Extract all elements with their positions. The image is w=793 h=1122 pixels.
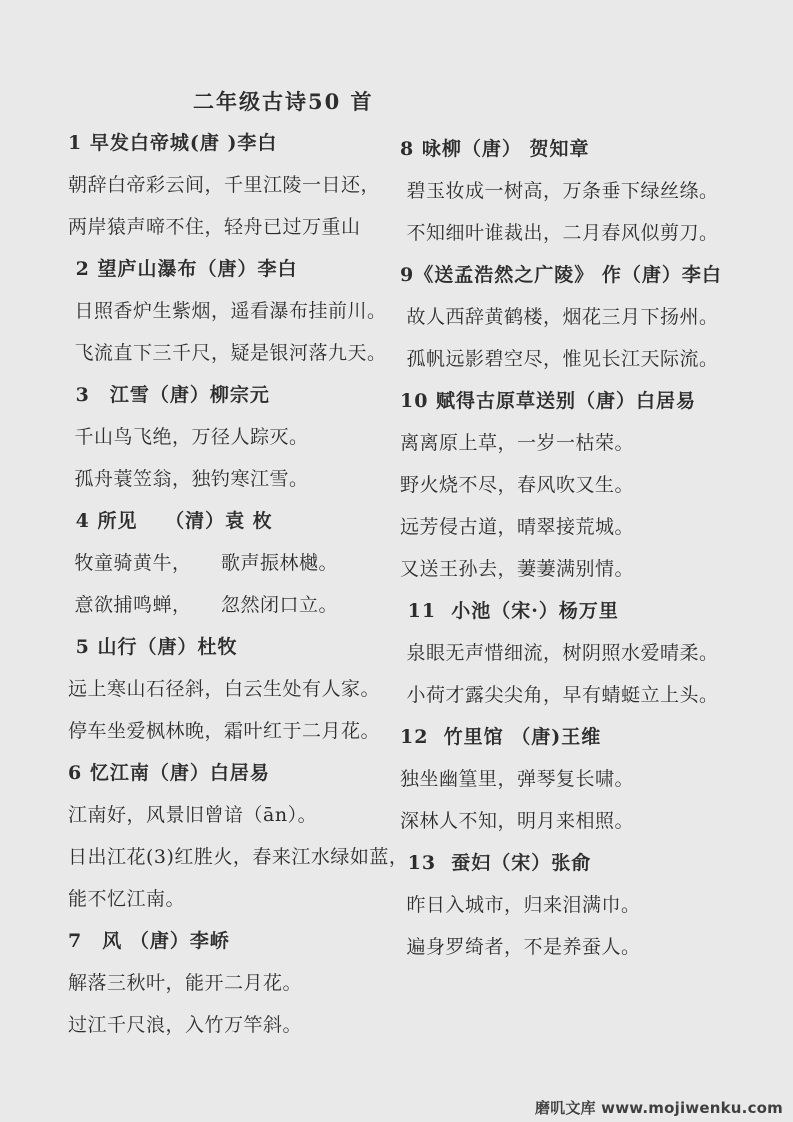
poem-line: 过江千尺浪，入竹万竿斜。 bbox=[68, 1002, 400, 1044]
poem-line: 不知细叶谁裁出，二月春风似剪刀。 bbox=[400, 210, 777, 252]
poem-line: 朝辞白帝彩云间，千里江陵一日还， bbox=[68, 162, 400, 204]
poem-line: 能不忆江南。 bbox=[68, 876, 400, 918]
poem-block: 1 早发白帝城(唐 )李白朝辞白帝彩云间，千里江陵一日还，两岸猿声啼不住，轻舟已… bbox=[68, 120, 400, 246]
poem-line: 两岸猿声啼不住，轻舟已过万重山 bbox=[68, 204, 400, 246]
poem-title: 1 早发白帝城(唐 )李白 bbox=[68, 120, 400, 162]
poem-line: 离离原上草，一岁一枯荣。 bbox=[400, 420, 777, 462]
poem-title: 4 所见 （清）袁 枚 bbox=[68, 498, 400, 540]
poem-block: 10 赋得古原草送别（唐）白居易离离原上草，一岁一枯荣。野火烧不尽，春风吹又生。… bbox=[400, 378, 777, 588]
poem-line: 孤帆远影碧空尽，惟见长江天际流。 bbox=[400, 336, 777, 378]
poem-block: 12 竹里馆 （唐)王维独坐幽篁里，弹琴复长啸。深林人不知，明月来相照。 bbox=[400, 714, 777, 840]
left-column: 1 早发白帝城(唐 )李白朝辞白帝彩云间，千里江陵一日还，两岸猿声啼不住，轻舟已… bbox=[68, 120, 400, 1044]
poem-title: 12 竹里馆 （唐)王维 bbox=[400, 714, 777, 756]
poem-line: 远上寒山石径斜，白云生处有人家。 bbox=[68, 666, 400, 708]
poem-columns: 1 早发白帝城(唐 )李白朝辞白帝彩云间，千里江陵一日还，两岸猿声啼不住，轻舟已… bbox=[0, 120, 793, 1044]
poem-line: 昨日入城市，归来泪满巾。 bbox=[400, 882, 777, 924]
poem-block: 11 小池（宋·）杨万里 泉眼无声惜细流，树阴照水爱晴柔。 小荷才露尖尖角，早有… bbox=[400, 588, 777, 714]
poem-line: 孤舟蓑笠翁，独钓寒江雪。 bbox=[68, 456, 400, 498]
document-page: 二年级古诗50 首 1 早发白帝城(唐 )李白朝辞白帝彩云间，千里江陵一日还，两… bbox=[0, 0, 793, 1122]
poem-title: 11 小池（宋·）杨万里 bbox=[400, 588, 777, 630]
poem-line: 远芳侵古道，晴翠接荒城。 bbox=[400, 504, 777, 546]
right-column: 8 咏柳（唐） 贺知章 碧玉妆成一树高，万条垂下绿丝绦。 不知细叶谁裁出，二月春… bbox=[400, 126, 777, 1044]
poem-line: 江南好，风景旧曾谙（ān）。 bbox=[68, 792, 400, 834]
poem-line: 又送王孙去，萋萋满别情。 bbox=[400, 546, 777, 588]
poem-line: 日照香炉生紫烟，遥看瀑布挂前川。 bbox=[68, 288, 400, 330]
poem-title: 9《送孟浩然之广陵》 作（唐）李白 bbox=[400, 252, 777, 294]
page-title: 二年级古诗50 首 bbox=[0, 0, 793, 116]
poem-title: 2 望庐山瀑布（唐）李白 bbox=[68, 246, 400, 288]
poem-title: 10 赋得古原草送别（唐）白居易 bbox=[400, 378, 777, 420]
poem-block: 2 望庐山瀑布（唐）李白 日照香炉生紫烟，遥看瀑布挂前川。 飞流直下三千尺，疑是… bbox=[68, 246, 400, 372]
poem-line: 野火烧不尽，春风吹又生。 bbox=[400, 462, 777, 504]
poem-block: 9《送孟浩然之广陵》 作（唐）李白 故人西辞黄鹤楼，烟花三月下扬州。 孤帆远影碧… bbox=[400, 252, 777, 378]
poem-line: 小荷才露尖尖角，早有蜻蜓立上头。 bbox=[400, 672, 777, 714]
poem-block: 8 咏柳（唐） 贺知章 碧玉妆成一树高，万条垂下绿丝绦。 不知细叶谁裁出，二月春… bbox=[400, 126, 777, 252]
poem-line: 泉眼无声惜细流，树阴照水爱晴柔。 bbox=[400, 630, 777, 672]
poem-line: 飞流直下三千尺，疑是银河落九天。 bbox=[68, 330, 400, 372]
poem-title: 6 忆江南（唐）白居易 bbox=[68, 750, 400, 792]
poem-line: 解落三秋叶，能开二月花。 bbox=[68, 960, 400, 1002]
poem-line: 日出江花(3)红胜火，春来江水绿如蓝， bbox=[68, 834, 400, 876]
poem-block: 3 江雪（唐）柳宗元 千山鸟飞绝，万径人踪灭。 孤舟蓑笠翁，独钓寒江雪。 bbox=[68, 372, 400, 498]
poem-line: 独坐幽篁里，弹琴复长啸。 bbox=[400, 756, 777, 798]
poem-block: 6 忆江南（唐）白居易江南好，风景旧曾谙（ān）。日出江花(3)红胜火，春来江水… bbox=[68, 750, 400, 918]
poem-title: 5 山行（唐）杜牧 bbox=[68, 624, 400, 666]
poem-block: 4 所见 （清）袁 枚 牧童骑黄牛， 歌声振林樾。 意欲捕鸣蝉， 忽然闭口立。 bbox=[68, 498, 400, 624]
poem-title: 3 江雪（唐）柳宗元 bbox=[68, 372, 400, 414]
poem-line: 故人西辞黄鹤楼，烟花三月下扬州。 bbox=[400, 294, 777, 336]
poem-line: 遍身罗绮者，不是养蚕人。 bbox=[400, 924, 777, 966]
poem-title: 8 咏柳（唐） 贺知章 bbox=[400, 126, 777, 168]
poem-title: 7 风 （唐）李峤 bbox=[68, 918, 400, 960]
watermark: 磨叽文库 www.mojiwenku.com bbox=[535, 1097, 783, 1118]
poem-line: 碧玉妆成一树高，万条垂下绿丝绦。 bbox=[400, 168, 777, 210]
poem-title: 13 蚕妇（宋）张俞 bbox=[400, 840, 777, 882]
poem-line: 意欲捕鸣蝉， 忽然闭口立。 bbox=[68, 582, 400, 624]
poem-line: 千山鸟飞绝，万径人踪灭。 bbox=[68, 414, 400, 456]
poem-line: 牧童骑黄牛， 歌声振林樾。 bbox=[68, 540, 400, 582]
poem-block: 13 蚕妇（宋）张俞 昨日入城市，归来泪满巾。 遍身罗绮者，不是养蚕人。 bbox=[400, 840, 777, 966]
poem-block: 7 风 （唐）李峤解落三秋叶，能开二月花。过江千尺浪，入竹万竿斜。 bbox=[68, 918, 400, 1044]
poem-block: 5 山行（唐）杜牧远上寒山石径斜，白云生处有人家。停车坐爱枫林晚，霜叶红于二月花… bbox=[68, 624, 400, 750]
poem-line: 停车坐爱枫林晚，霜叶红于二月花。 bbox=[68, 708, 400, 750]
poem-line: 深林人不知，明月来相照。 bbox=[400, 798, 777, 840]
